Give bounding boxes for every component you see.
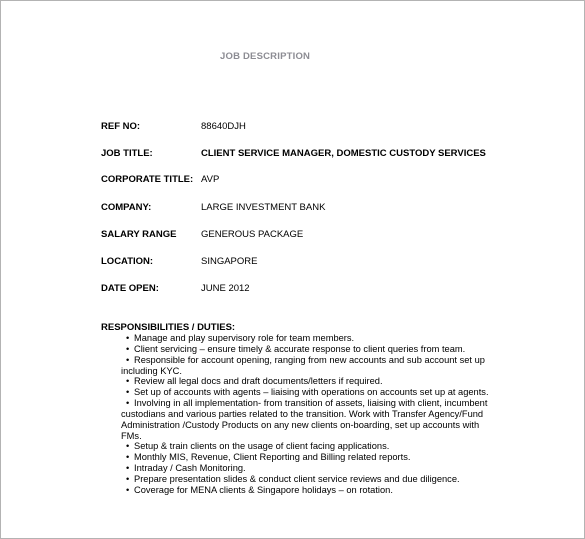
bullet-icon: • [126,387,134,398]
responsibility-item: •Intraday / Cash Monitoring. [121,463,501,474]
field-label: LOCATION: [101,256,153,267]
bullet-icon: • [126,463,134,474]
field-value: JUNE 2012 [201,283,250,294]
bullet-icon: • [126,376,134,387]
field-label: CORPORATE TITLE: [101,174,193,185]
field-value: LARGE INVESTMENT BANK [201,202,325,213]
responsibility-text: Setup & train clients on the usage of cl… [134,441,389,451]
field-value: CLIENT SERVICE MANAGER, DOMESTIC CUSTODY… [201,148,486,159]
responsibility-item: •Monthly MIS, Revenue, Client Reporting … [121,452,501,463]
bullet-icon: • [126,333,134,344]
responsibility-text: Involving in all implementation- from tr… [121,398,487,441]
responsibility-item: •Manage and play supervisory role for te… [121,333,501,344]
field-value: 88640DJH [201,121,246,132]
bullet-icon: • [126,485,134,496]
responsibility-text: Coverage for MENA clients & Singapore ho… [134,485,393,495]
field-value: SINGAPORE [201,256,258,267]
bullet-icon: • [126,452,134,463]
bullet-icon: • [126,344,134,355]
field-value: AVP [201,174,219,185]
field-label: REF NO: [101,121,140,132]
field-label: COMPANY: [101,202,151,213]
field-value: GENEROUS PACKAGE [201,229,303,240]
responsibility-text: Intraday / Cash Monitoring. [134,463,246,473]
field-label: SALARY RANGE [101,229,176,240]
responsibility-text: Monthly MIS, Revenue, Client Reporting a… [134,452,410,462]
responsibility-text: Manage and play supervisory role for tea… [134,333,354,343]
bullet-icon: • [126,474,134,485]
responsibility-item: •Prepare presentation slides & conduct c… [121,474,501,485]
responsibility-text: Client servicing – ensure timely & accur… [134,344,465,354]
responsibility-text: Responsible for account opening, ranging… [121,355,485,376]
responsibility-item: •Coverage for MENA clients & Singapore h… [121,485,501,496]
field-label: JOB TITLE: [101,148,153,159]
responsibility-text: Prepare presentation slides & conduct cl… [134,474,460,484]
responsibility-item: •Review all legal docs and draft documen… [121,376,501,387]
responsibility-item: •Client servicing – ensure timely & accu… [121,344,501,355]
field-label: DATE OPEN: [101,283,159,294]
responsibility-item: •Involving in all implementation- from t… [121,398,501,441]
responsibility-item: •Set up of accounts with agents – liaisi… [121,387,501,398]
bullet-icon: • [126,355,134,366]
responsibility-text: Set up of accounts with agents – liaisin… [134,387,489,397]
responsibility-item: •Responsible for account opening, rangin… [121,355,501,377]
responsibility-text: Review all legal docs and draft document… [134,376,383,386]
document-title: JOB DESCRIPTION [220,51,310,62]
bullet-icon: • [126,398,134,409]
responsibilities-list: •Manage and play supervisory role for te… [121,333,501,496]
document-page: JOB DESCRIPTION REF NO: 88640DJH JOB TIT… [0,0,585,539]
responsibility-item: •Setup & train clients on the usage of c… [121,441,501,452]
responsibilities-heading: RESPONSIBILITIES / DUTIES: [101,322,235,333]
bullet-icon: • [126,441,134,452]
